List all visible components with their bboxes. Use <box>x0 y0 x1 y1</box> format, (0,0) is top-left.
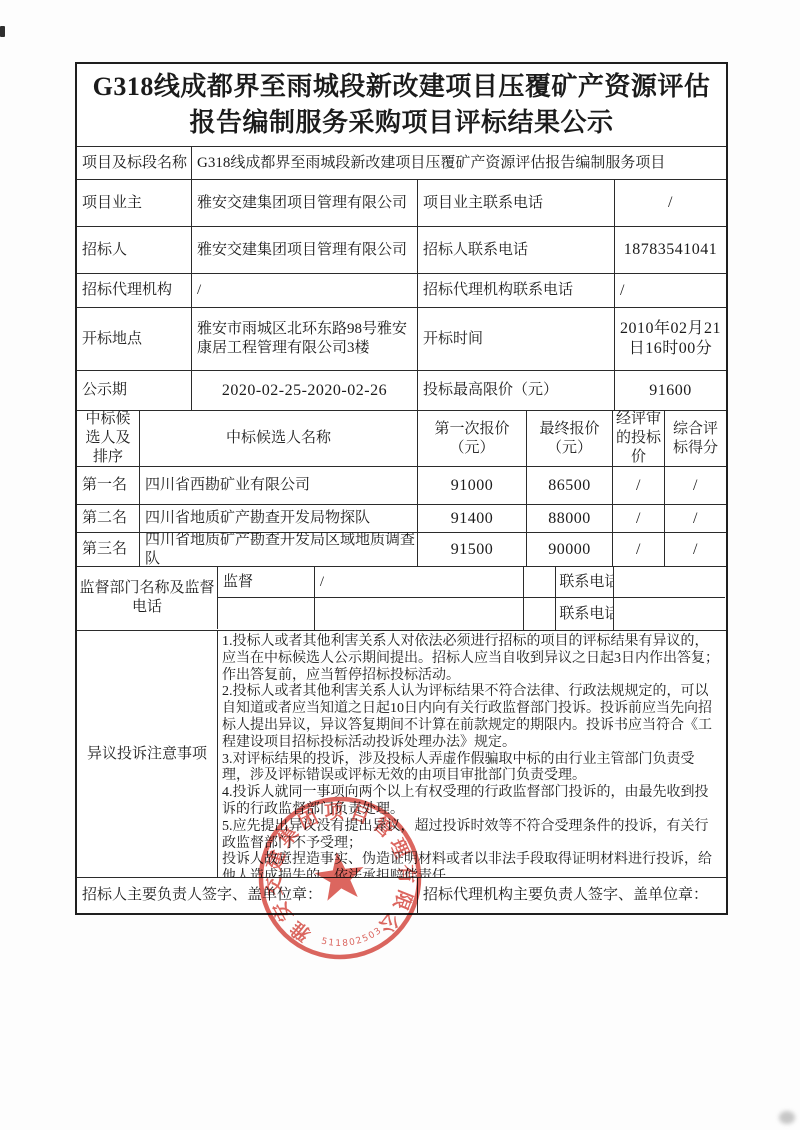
supervision-empty-cell <box>524 567 556 597</box>
price-limit-value: 91600 <box>615 371 726 410</box>
score-cell: / <box>665 505 726 532</box>
supervisor-value-2 <box>315 598 525 630</box>
bidder-name-cell: 四川省地质矿产勘查开发局区域地质调查队 <box>140 533 418 566</box>
bidder-name-cell: 四川省西勘矿业有限公司 <box>140 467 418 504</box>
supervision-phone-value-2 <box>614 598 725 630</box>
supervision-phone-label: 联系电话 <box>556 567 614 597</box>
objection-paragraph-2: 2.投标人或者其他利害关系人认为评标结果不符合法律、行政法规规定的，可以自知道或… <box>222 684 722 751</box>
agency-value: / <box>192 274 418 307</box>
row-project-section: 项目及标段名称 G318线成都界至雨城段新改建项目压覆矿产资源评估报告编制服务项… <box>77 147 726 180</box>
agency-signature-label: 招标代理机构主要负责人签字、盖单位章： <box>418 878 726 914</box>
agency-phone-label: 招标代理机构联系电话 <box>418 274 615 307</box>
supervision-block: 监督部门名称及监督电话 监督 / 联系电话 联系电话 <box>77 567 726 631</box>
project-section-value: G318线成都界至雨城段新改建项目压覆矿产资源评估报告编制服务项目 <box>192 147 726 179</box>
bid-result-table: G318线成都界至雨城段新改建项目压覆矿产资源评估 报告编制服务采购项目评标结果… <box>75 62 728 915</box>
first-offer-cell: 91400 <box>418 505 527 532</box>
tenderer-phone-label: 招标人联系电话 <box>418 227 615 273</box>
final-offer-cell: 86500 <box>527 467 613 504</box>
header-first-offer: 第一次报价（元） <box>418 411 527 466</box>
objection-paragraph-4: 4.投诉人就同一事项向两个以上有权受理的行政监督部门投诉的，由最先收到投诉的行政… <box>222 785 722 819</box>
supervision-row-1: 监督 / 联系电话 <box>218 567 725 598</box>
publicity-label: 公示期 <box>77 371 192 410</box>
objection-paragraph-5: 5.应先提出异议没有提出异议，超过投诉时效等不符合受理条件的投诉，有关行政监督部… <box>222 819 722 853</box>
supervision-empty-cell-2 <box>524 598 556 630</box>
row-publicity: 公示期 2020-02-25-2020-02-26 投标最高限价（元） 9160… <box>77 371 726 411</box>
tenderer-phone-value: 18783541041 <box>615 227 726 273</box>
tenderer-signature-label: 招标人主要负责人签字、盖单位章： <box>77 878 418 914</box>
header-final-offer: 最终报价（元） <box>527 411 613 466</box>
tenderer-value: 雅安交建集团项目管理有限公司 <box>192 227 418 273</box>
tenderer-label: 招标人 <box>77 227 192 273</box>
rank-cell: 第二名 <box>77 505 140 532</box>
owner-phone-label: 项目业主联系电话 <box>418 180 615 226</box>
objection-row: 异议投诉注意事项 1.投标人或者其他利害关系人对依法必须进行招标的项目的评标结果… <box>77 631 726 878</box>
signature-row: 招标人主要负责人签字、盖单位章： 招标代理机构主要负责人签字、盖单位章： <box>77 878 726 914</box>
agency-phone-value: / <box>615 274 726 307</box>
row-owner: 项目业主 雅安交建集团项目管理有限公司 项目业主联系电话 / <box>77 180 726 227</box>
rank-cell: 第三名 <box>77 533 140 566</box>
owner-phone-value: / <box>615 180 726 226</box>
row-opening: 开标地点 雅安市雨城区北环东路98号雅安康居工程管理有限公司3楼 开标时间 20… <box>77 308 726 371</box>
evaluated-price-cell: / <box>613 505 665 532</box>
objection-paragraph-1: 1.投标人或者其他利害关系人对依法必须进行招标的项目的评标结果有异议的，应当在中… <box>222 634 722 684</box>
score-cell: / <box>665 533 726 566</box>
objection-paragraph-3: 3.对评标结果的投诉，涉及投标人弄虚作假骗取中标的由行业主管部门负责受理，涉及评… <box>222 752 722 786</box>
supervision-row-2: 联系电话 <box>218 598 725 630</box>
title-line-1: G318线成都界至雨城段新改建项目压覆矿产资源评估 <box>77 69 726 105</box>
row-tenderer: 招标人 雅安交建集团项目管理有限公司 招标人联系电话 18783541041 <box>77 227 726 274</box>
publicity-value: 2020-02-25-2020-02-26 <box>192 371 418 410</box>
supervisor-label-2 <box>218 598 315 630</box>
bidders-header-row: 中标候选人及排序 中标候选人名称 第一次报价（元） 最终报价（元） 经评审的投标… <box>77 411 726 467</box>
header-evaluated-price: 经评审的投标价 <box>613 411 665 466</box>
bidder-name-cell: 四川省地质矿产勘查开发局物探队 <box>140 505 418 532</box>
agency-label: 招标代理机构 <box>77 274 192 307</box>
opening-time-value: 2010年02月21日16时00分 <box>615 308 726 370</box>
header-score: 综合评标得分 <box>665 411 726 466</box>
supervision-phone-label-2: 联系电话 <box>556 598 614 630</box>
objection-paragraph-6: 投诉人故意捏造事实、伪造证明材料或者以非法手段取得证明材料进行投诉，给他人造成损… <box>222 852 722 877</box>
scan-artifact <box>779 1111 795 1124</box>
table-row: 第二名 四川省地质矿产勘查开发局物探队 91400 88000 / / <box>77 505 726 533</box>
header-name: 中标候选人名称 <box>140 411 418 466</box>
opening-time-label: 开标时间 <box>418 308 615 370</box>
table-row: 第三名 四川省地质矿产勘查开发局区域地质调查队 91500 90000 / / <box>77 533 726 567</box>
evaluated-price-cell: / <box>613 467 665 504</box>
opening-place-value: 雅安市雨城区北环东路98号雅安康居工程管理有限公司3楼 <box>192 308 418 370</box>
objection-text: 1.投标人或者其他利害关系人对依法必须进行招标的项目的评标结果有异议的，应当在中… <box>218 631 726 877</box>
title-line-2: 报告编制服务采购项目评标结果公示 <box>77 105 726 141</box>
document-title: G318线成都界至雨城段新改建项目压覆矿产资源评估 报告编制服务采购项目评标结果… <box>77 64 726 147</box>
evaluated-price-cell: / <box>613 533 665 566</box>
owner-label: 项目业主 <box>77 180 192 226</box>
table-row: 第一名 四川省西勘矿业有限公司 91000 86500 / / <box>77 467 726 505</box>
opening-place-label: 开标地点 <box>77 308 192 370</box>
final-offer-cell: 90000 <box>527 533 613 566</box>
supervision-label: 监督部门名称及监督电话 <box>77 567 218 629</box>
supervision-phone-value <box>614 567 725 597</box>
supervisor-label: 监督 <box>218 567 315 597</box>
final-offer-cell: 88000 <box>527 505 613 532</box>
row-agency: 招标代理机构 / 招标代理机构联系电话 / <box>77 274 726 308</box>
project-section-label: 项目及标段名称 <box>77 147 192 179</box>
score-cell: / <box>665 467 726 504</box>
first-offer-cell: 91500 <box>418 533 527 566</box>
supervisor-value: / <box>315 567 525 597</box>
rank-cell: 第一名 <box>77 467 140 504</box>
owner-value: 雅安交建集团项目管理有限公司 <box>192 180 418 226</box>
objection-label: 异议投诉注意事项 <box>77 631 218 877</box>
scan-artifact <box>0 26 5 37</box>
first-offer-cell: 91000 <box>418 467 527 504</box>
price-limit-label: 投标最高限价（元） <box>418 371 615 410</box>
header-rank: 中标候选人及排序 <box>77 411 140 466</box>
